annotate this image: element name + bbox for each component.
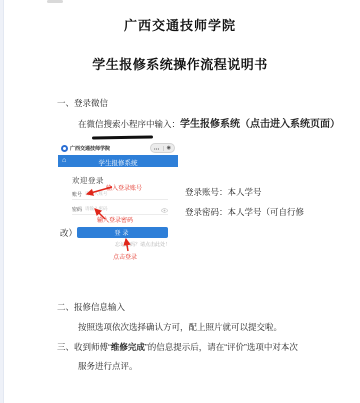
s3-prefix: 三、收到师傅“ (57, 342, 111, 352)
ink-underline (92, 135, 153, 139)
note-login-password-wrap: 改） (60, 227, 77, 239)
section-1-paragraph: 在微信搜索小程序中输入：学生报修系统（点击进入系统页面） (78, 118, 340, 131)
annotation-arrows (58, 141, 178, 268)
document-page: 广西交通技师学院 学生报修系统操作流程说明书 一、登录微信 在微信搜索小程序中输… (0, 0, 360, 403)
page-subtitle: 学生报修系统操作流程说明书 (0, 54, 360, 73)
section-3-line2: 服务进行点评。 (78, 360, 138, 372)
note-login-account: 登录账号：本人学号 (185, 186, 262, 198)
section-2-body: 按照选项依次选择确认方可，配上照片就可以提交啦。 (78, 321, 282, 333)
section-1-heading: 一、登录微信 (57, 97, 108, 109)
s3-suffix: ”的信息提示后，请在“评价”选项中对本次 (145, 342, 298, 352)
intro-prefix: 在微信搜索小程序中输入： (78, 119, 180, 129)
intro-app-name: 学生报修系统 (180, 119, 240, 130)
scrollbar-thumb[interactable] (47, 0, 63, 3)
intro-paren: （点击进入系统页面） (240, 119, 340, 130)
section-3-line1: 三、收到师傅“维修完成”的信息提示后，请在“评价”选项中对本次 (57, 341, 298, 353)
s3-repair-done: 维修完成 (111, 342, 145, 352)
section-2-heading: 二、报修信息输入 (57, 301, 125, 313)
page-title: 广西交通技师学院 (0, 15, 360, 34)
miniapp-screenshot-image: 广西交通技师学院 ••• ◉ ⌂ 学生报修系统 欢迎登录 账号 请输入账号 密码… (58, 141, 178, 268)
note-login-password: 登录密码：本人学号（可自行修 (185, 206, 304, 218)
